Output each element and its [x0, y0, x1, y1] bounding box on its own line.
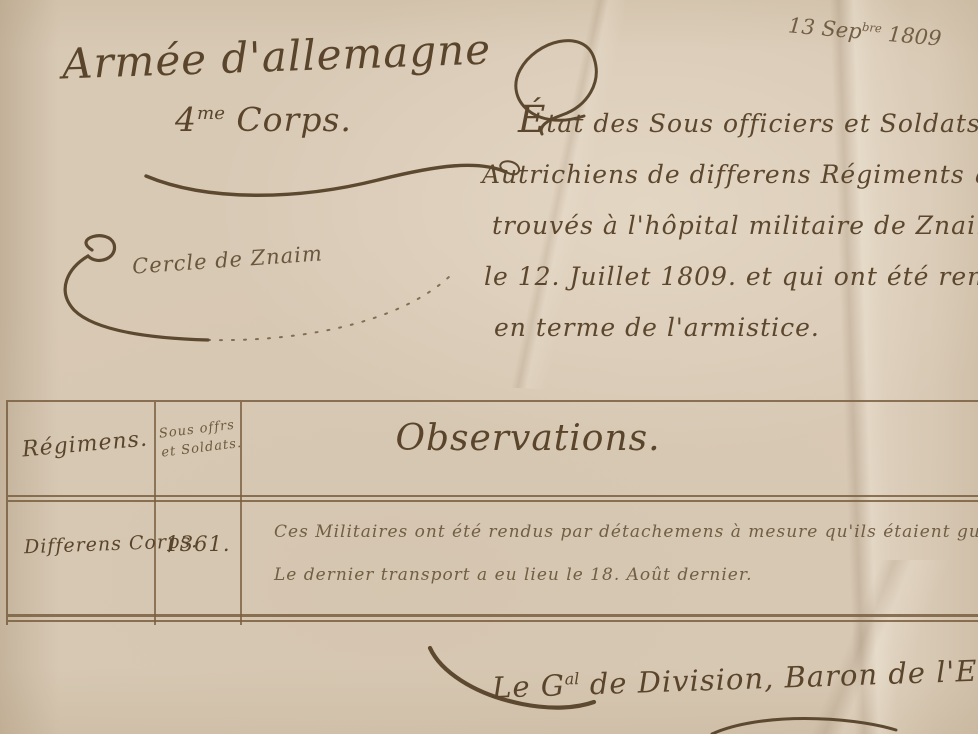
- army-title: Armée d'allemagne: [61, 25, 492, 89]
- signature-prefix: Le G: [492, 668, 566, 705]
- heading-line: Autrichiens de differens Régiments qui o…: [482, 149, 978, 200]
- corps-ordinal-sup: me: [197, 103, 225, 124]
- manuscript-page: Armée d'allemagne 4me Corps. 13 Sepbre 1…: [0, 0, 978, 734]
- troops-table: Régimens. Sous offrs et Soldats. Observa…: [6, 400, 978, 625]
- heading-line: trouvés à l'hôpital militaire de Znaim: [492, 200, 978, 251]
- table-row-observation-line2: Le dernier transport a eu lieu le 18. Ao…: [274, 565, 753, 585]
- clipped-bottom-flourish: [700, 716, 910, 734]
- corps-subtitle: 4me Corps.: [175, 100, 435, 139]
- heading-line: en terme de l'armistice.: [494, 302, 978, 353]
- district-oval-flourish: [48, 228, 468, 348]
- column-header-regiments: Régimens.: [21, 427, 149, 463]
- corner-date: 13 Sepbre 1809: [787, 13, 942, 50]
- corps-word: Corps.: [225, 100, 352, 139]
- bottom-rule: [8, 620, 978, 622]
- document-heading: État des Sous officiers et Soldats Autri…: [488, 94, 978, 353]
- table-row-regiment: Differens Corps.: [24, 532, 151, 558]
- table-row-observation-line1: Ces Militaires ont été rendus par détach…: [274, 522, 978, 542]
- date-month-sup: bre: [861, 20, 882, 36]
- heading-line: État des Sous officiers et Soldats: [518, 94, 978, 149]
- header-rule: [8, 500, 978, 502]
- column-header-troops: Sous offrs et Soldats.: [158, 415, 240, 462]
- bottom-rule: [8, 614, 978, 617]
- signature-sup: al: [564, 669, 579, 688]
- date-year: 1809: [880, 21, 942, 50]
- date-day-month: 13 Sep: [787, 13, 862, 43]
- column-header-observations: Observations.: [308, 418, 748, 459]
- table-row-count: 1361.: [160, 532, 236, 556]
- signature-rest: de Division, Baron de l'Emp: [579, 652, 978, 702]
- heading-line: le 12. Juillet 1809. et qui ont été rend…: [484, 251, 978, 302]
- corps-number: 4: [175, 100, 197, 139]
- column-divider: [154, 402, 156, 625]
- header-rule: [8, 495, 978, 497]
